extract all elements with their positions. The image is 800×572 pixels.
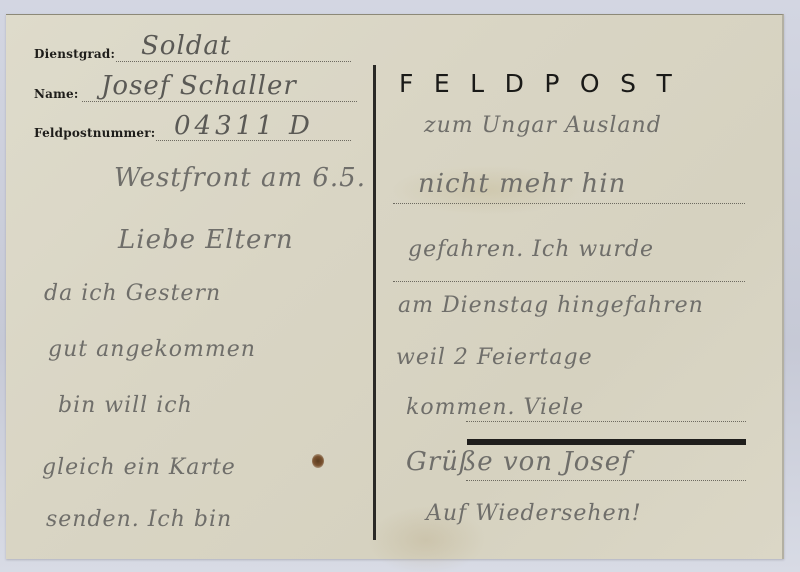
address-line-2 [393,281,745,282]
handwritten-line: am Dienstag hingefahren [398,293,704,318]
rank-line [116,61,351,62]
handwritten-line: Auf Wiedersehen! [426,501,642,526]
handwritten-line: Westfront am 6.5. [114,163,366,193]
name-line [82,101,357,102]
handwritten-line: gleich ein Karte [42,455,236,480]
address-underline-bar [467,439,746,445]
handwritten-line: weil 2 Feiertage [396,345,593,370]
fieldpost-number-label: Feldpostnummer: [34,126,155,140]
address-line-3 [466,421,746,422]
handwritten-line: zum Ungar Ausland [424,113,662,138]
handwritten-line: da ich Gestern [44,281,221,306]
fieldpost-number-value: 04311 D [174,111,314,141]
handwritten-line: gefahren. Ich wurde [408,237,654,262]
name-label: Name: [34,87,79,101]
address-line-1 [393,203,745,204]
handwritten-line: Liebe Eltern [118,225,294,255]
feldpost-postcard: Dienstgrad: Soldat Name: Josef Schaller … [6,14,784,559]
handwritten-line: kommen. Viele [406,395,584,420]
rank-value: Soldat [141,31,231,61]
handwritten-line: Grüße von Josef [406,447,632,477]
ink-spot [312,454,324,468]
feldpost-title: FELDPOST [399,69,692,98]
handwritten-line: bin will ich [58,393,193,418]
vertical-divider [373,65,376,540]
address-line-4 [466,480,746,481]
handwritten-line: nicht mehr hin [418,169,626,199]
name-value: Josef Schaller [101,71,297,101]
handwritten-line: senden. Ich bin [46,507,232,532]
handwritten-line: gut angekommen [48,337,256,362]
rank-label: Dienstgrad: [34,47,115,61]
